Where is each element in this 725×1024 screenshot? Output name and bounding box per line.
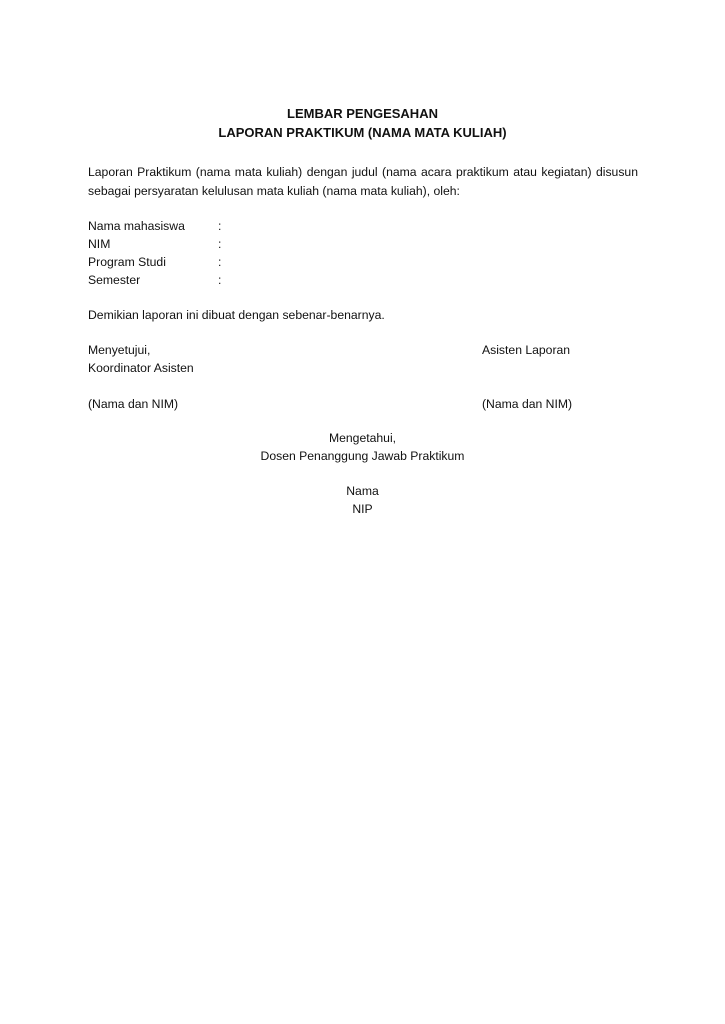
field-label-nim: NIM bbox=[88, 235, 110, 253]
left-signer-role: Koordinator Asisten bbox=[88, 359, 194, 377]
closing-statement: Demikian laporan ini dibuat dengan seben… bbox=[88, 306, 385, 324]
bottom-signer-role: Dosen Penanggung Jawab Praktikum bbox=[0, 447, 725, 465]
bottom-signer-nip: NIP bbox=[0, 500, 725, 518]
field-sep: : bbox=[218, 253, 221, 271]
right-signer-role: Asisten Laporan bbox=[482, 341, 570, 359]
document-title: LEMBAR PENGESAHAN bbox=[0, 105, 725, 123]
right-signer-name: (Nama dan NIM) bbox=[482, 395, 572, 413]
left-signer-name: (Nama dan NIM) bbox=[88, 395, 178, 413]
field-label-name: Nama mahasiswa bbox=[88, 217, 185, 235]
field-sep: : bbox=[218, 217, 221, 235]
left-signer-approval: Menyetujui, bbox=[88, 341, 150, 359]
bottom-signer-acknowledge: Mengetahui, bbox=[0, 429, 725, 447]
field-label-semester: Semester bbox=[88, 271, 140, 289]
field-sep: : bbox=[218, 271, 221, 289]
document-subtitle: LAPORAN PRAKTIKUM (NAMA MATA KULIAH) bbox=[0, 124, 725, 142]
bottom-signer-name: Nama bbox=[0, 482, 725, 500]
field-label-program: Program Studi bbox=[88, 253, 166, 271]
field-sep: : bbox=[218, 235, 221, 253]
intro-paragraph: Laporan Praktikum (nama mata kuliah) den… bbox=[88, 163, 638, 201]
